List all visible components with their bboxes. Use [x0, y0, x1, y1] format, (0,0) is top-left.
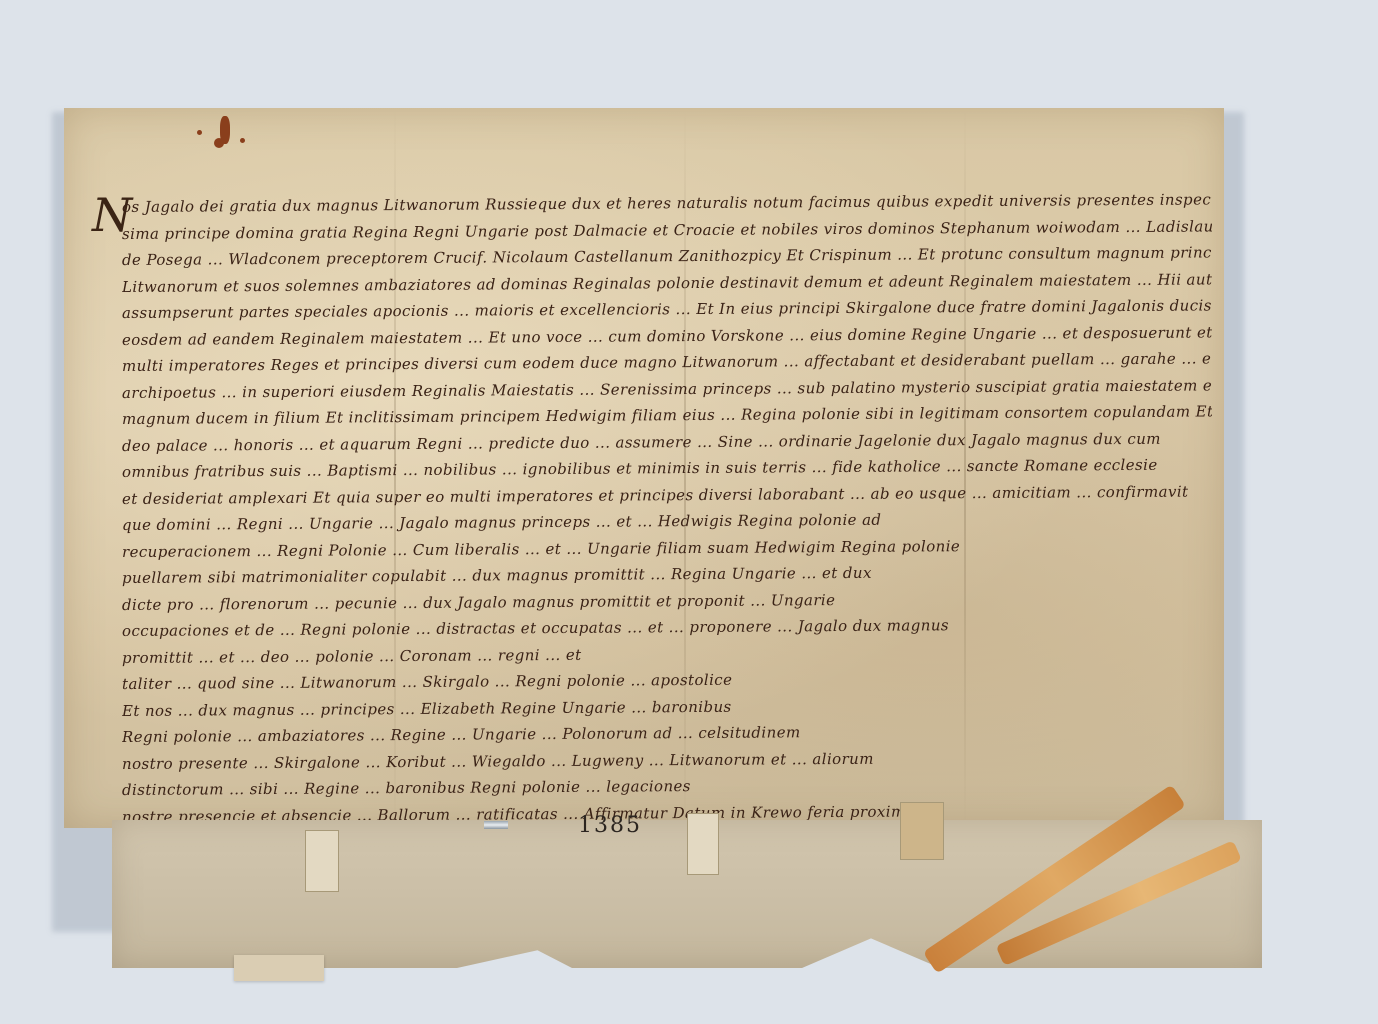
date-notation: 1385 — [578, 813, 642, 838]
metal-clip — [484, 821, 508, 829]
ink-stain — [197, 130, 202, 135]
seal-slit — [305, 830, 339, 892]
seal-slit — [900, 802, 944, 860]
ink-stain — [214, 138, 224, 148]
charter-text: os Jagalo dei gratia dux magnus Litwanor… — [122, 194, 1212, 883]
ink-stain — [240, 138, 245, 143]
parchment-sheet: N os Jagalo dei gratia dux magnus Litwan… — [64, 108, 1224, 828]
seal-slit — [687, 813, 719, 875]
parchment-tab — [234, 955, 324, 981]
